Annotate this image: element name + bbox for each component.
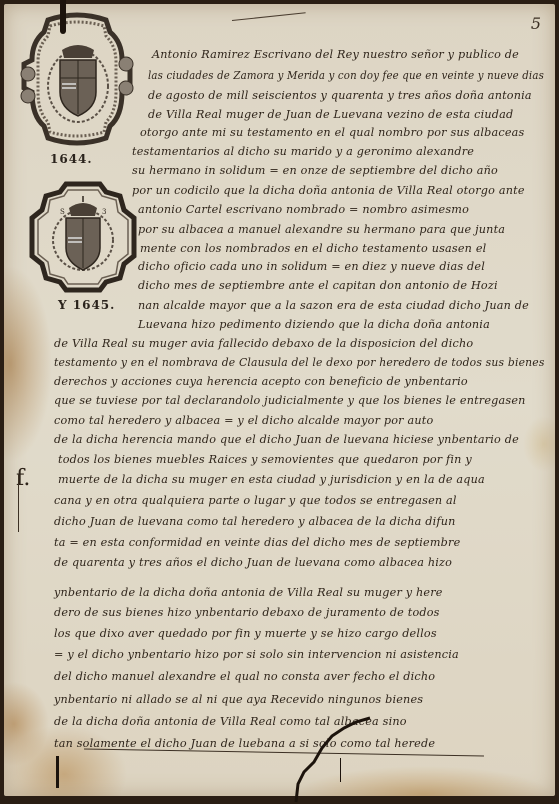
text-line: que se tuviese por tal declarandolo judi… [54,394,526,407]
text-line: su hermano in solidum = en onze de septi… [132,164,498,177]
text-line: del dicho manuel alexandre el qual no co… [54,670,435,683]
text-line: todos los bienes muebles Raices y semovi… [58,453,472,466]
text-line: mente con los nombrados en el dicho test… [140,242,486,255]
paper-tear [60,0,66,34]
ink-mark [56,756,59,788]
text-line: los que dixo aver quedado por fin y muer… [54,627,437,640]
text-line: = y el dicho ynbentario hizo por si solo… [54,648,459,661]
royal-seal-1644 [18,12,136,148]
text-line: dero de sus bienes hizo ynbentario debax… [54,606,440,619]
text-line: ynbentario de la dicha doña antonia de V… [54,586,443,599]
manuscript-page: 1644. S 3 Y 1645. 5 f. Antonio Ramirez E… [4,4,555,796]
text-line: antonio Cartel escrivano nombrado = nomb… [138,203,469,216]
top-flourish [232,12,306,21]
text-line: de Villa Real su muger avia fallecido de… [54,337,473,350]
text-line: dicho oficio cada uno in solidum = en di… [138,260,485,273]
margin-bracket [18,474,19,532]
text-line: de la dicha herencia mando que el dicho … [54,433,519,446]
text-line: ynbentario ni allado se al ni que aya Re… [54,693,423,706]
text-line: por un codicilo que la dicha doña antoni… [132,184,525,197]
text-line: por su albacea a manuel alexandre su her… [138,223,505,236]
text-line: testamento y en el nombrava de Clausula … [54,356,545,369]
seal-year-1645: Y 1645. [58,298,115,312]
seal-mark-s: S [60,208,65,216]
royal-seal-1645: S 3 [26,178,140,296]
text-line: de quarenta y tres años el dicho Juan de… [54,556,452,569]
text-line: nan alcalde mayor que a la sazon era de … [138,299,529,312]
text-line: las ciudades de Zamora y Merida y con do… [148,69,544,82]
text-line: de Villa Real muger de Juan de Luevana v… [148,108,513,121]
coat-of-arms-icon: S 3 [26,178,140,296]
folio-number: 5 [531,14,541,33]
seal-year-1644: 1644. [50,152,93,166]
text-line: derechos y acciones cuya herencia acepto… [54,375,468,388]
text-line: ta = en esta conformidad en veinte dias … [54,536,460,549]
text-line: otorgo ante mi su testamento en el qual … [140,126,525,139]
text-line: de agosto de mill seiscientos y quarenta… [148,89,532,102]
seal-mark-3: 3 [102,208,106,216]
coat-of-arms-icon [18,12,136,148]
text-line: testamentarios al dicho su marido y a ge… [132,145,474,158]
text-line: Antonio Ramirez Escrivano del Rey nuestr… [152,48,519,61]
text-line: como tal heredero y albacea = y el dicho… [54,414,433,427]
text-line: cana y en otra qualquiera parte o lugar … [54,494,457,507]
text-line: Luevana hizo pedimento diziendo que la d… [138,318,490,331]
paper-crack [274,714,384,800]
text-line: dicho Juan de luevana como tal heredero … [54,515,456,528]
text-line: muerte de la dicha su muger en esta ciud… [58,473,485,486]
text-line: dicho mes de septiembre ante el capitan … [138,279,498,292]
